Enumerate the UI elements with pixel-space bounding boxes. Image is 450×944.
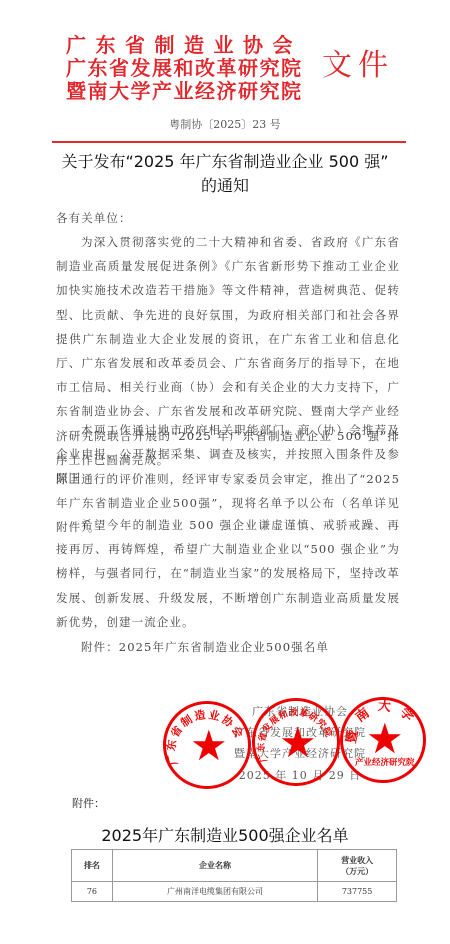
title-line-2: 的通知 (40, 174, 410, 198)
letterhead-org-3: 暨南大学产业经济研究院 (66, 79, 303, 103)
header-revenue: 营业收入 （万元） (318, 850, 397, 882)
title-line-1: 关于发布“2025 年广东省制造业企业 500 强” (40, 150, 410, 174)
paragraph-3: 希望今年的制造业 500 强企业谦虚谨慎、戒骄戒躁、再接再厉、再铸辉煌，希望广大… (56, 513, 400, 634)
letterhead-org-1: 广东省制造业协会 (66, 33, 302, 57)
seal-ring-text-3: 暨南大学 (343, 700, 423, 780)
svg-text:暨南大学: 暨南大学 (343, 700, 422, 745)
red-divider (52, 141, 406, 143)
table-row: 76 广州南洋电缆集团有限公司 737755 (72, 882, 397, 902)
letterhead-suffix: 文件 (322, 50, 394, 82)
seal-ring-text-2: 广东省发展和改革研究院 (255, 701, 337, 783)
cell-company: 广州南洋电缆集团有限公司 (112, 882, 317, 902)
seal-ring-text-1: 广东省制造业协会 (166, 704, 248, 786)
document-number: 粤制协〔2025〕23 号 (0, 116, 450, 132)
notice-title: 关于发布“2025 年广东省制造业企业 500 强” 的通知 (40, 150, 410, 198)
svg-text:广东省发展和改革研究院: 广东省发展和改革研究院 (255, 706, 335, 764)
seal-3-bottom-text: 产业经济研究院 (355, 756, 415, 768)
enterprise-list-table: 排名 企业名称 营业收入 （万元） 76 广州南洋电缆集团有限公司 737755 (71, 849, 397, 902)
salutation: 各有关单位： (56, 206, 400, 230)
cell-revenue: 737755 (318, 882, 397, 902)
official-seal-1: ★ 广东省制造业协会 (163, 701, 251, 789)
annex-label: 附件： (72, 795, 105, 811)
cell-rank: 76 (72, 882, 113, 902)
annex-title: 2025年广东制造业500强企业名单 (0, 823, 450, 846)
header-rank: 排名 (72, 850, 113, 882)
table-header-row: 排名 企业名称 营业收入 （万元） (72, 850, 397, 882)
attachment-note: 附件：2025年广东省制造业企业500强名单 (56, 635, 400, 659)
letterhead-org-2: 广东省发展和改革研究院 (66, 56, 303, 80)
svg-text:广东省制造业协会: 广东省制造业协会 (166, 707, 248, 767)
official-seal-2: ★ 广东省发展和改革研究院 (252, 698, 340, 786)
official-seal-3: ★ 暨南大学 产业经济研究院 (340, 697, 426, 783)
header-company: 企业名称 (112, 850, 317, 882)
